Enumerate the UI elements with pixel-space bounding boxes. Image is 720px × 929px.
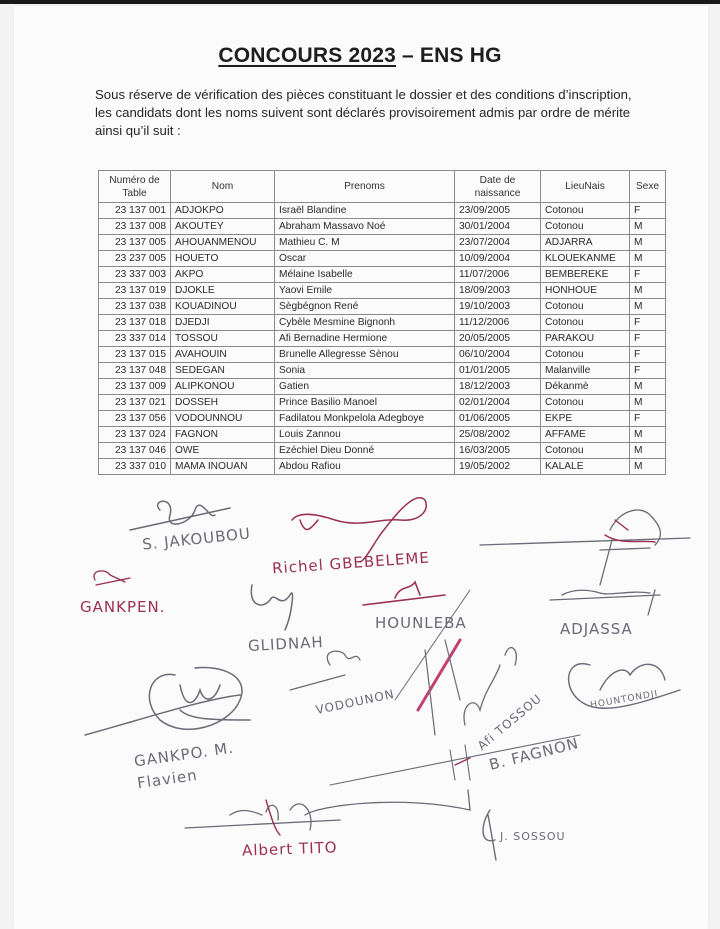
cell-lieu: Cotonou bbox=[541, 203, 630, 219]
cell-nom: DOSSEH bbox=[171, 395, 275, 411]
signature-strokes bbox=[0, 490, 720, 890]
cell-nom: AHOUANMENOU bbox=[171, 235, 275, 251]
table-row: 23 137 038KOUADINOUSègbégnon René19/10/2… bbox=[99, 299, 666, 315]
cell-lieu: Cotonou bbox=[541, 219, 630, 235]
cell-numero: 23 137 048 bbox=[99, 363, 171, 379]
table-row: 23 137 005AHOUANMENOUMathieu C. M23/07/2… bbox=[99, 235, 666, 251]
cell-sexe: F bbox=[630, 331, 666, 347]
signature-label: ADJASSA bbox=[560, 620, 633, 638]
cell-sexe: M bbox=[630, 379, 666, 395]
cell-numero: 23 137 019 bbox=[99, 283, 171, 299]
table-row: 23 137 046OWEEzéchiel Dieu Donné16/03/20… bbox=[99, 443, 666, 459]
cell-lieu: Cotonou bbox=[541, 443, 630, 459]
cell-sexe: F bbox=[630, 267, 666, 283]
cell-numero: 23 137 021 bbox=[99, 395, 171, 411]
cell-lieu: PARAKOU bbox=[541, 331, 630, 347]
cell-date: 11/12/2006 bbox=[455, 315, 541, 331]
cell-numero: 23 237 005 bbox=[99, 251, 171, 267]
cell-sexe: F bbox=[630, 347, 666, 363]
table-row: 23 137 019DJOKLEYaovi Emile18/09/2003HON… bbox=[99, 283, 666, 299]
cell-sexe: M bbox=[630, 443, 666, 459]
cell-date: 23/09/2005 bbox=[455, 203, 541, 219]
table-row: 23 137 018DJEDJICybèle Mesmine Bignonh11… bbox=[99, 315, 666, 331]
cell-date: 06/10/2004 bbox=[455, 347, 541, 363]
cell-nom: MAMA INOUAN bbox=[171, 459, 275, 475]
cell-prenoms: Louis Zannou bbox=[275, 427, 455, 443]
cell-date: 01/06/2005 bbox=[455, 411, 541, 427]
cell-date: 20/05/2005 bbox=[455, 331, 541, 347]
signature-label: HOUNLEBA bbox=[375, 614, 467, 632]
cell-prenoms: Brunelle Allegresse Sènou bbox=[275, 347, 455, 363]
cell-numero: 23 137 001 bbox=[99, 203, 171, 219]
cell-numero: 23 137 005 bbox=[99, 235, 171, 251]
cell-nom: ADJOKPO bbox=[171, 203, 275, 219]
cell-prenoms: Oscar bbox=[275, 251, 455, 267]
table-row: 23 137 001ADJOKPOIsraël Blandine23/09/20… bbox=[99, 203, 666, 219]
cell-prenoms: Mélaine Isabelle bbox=[275, 267, 455, 283]
table-row: 23 137 021DOSSEHPrince Basilio Manoel02/… bbox=[99, 395, 666, 411]
cell-prenoms: Cybèle Mesmine Bignonh bbox=[275, 315, 455, 331]
cell-numero: 23 137 018 bbox=[99, 315, 171, 331]
cell-nom: SEDEGAN bbox=[171, 363, 275, 379]
cell-sexe: M bbox=[630, 219, 666, 235]
cell-lieu: ADJARRA bbox=[541, 235, 630, 251]
table-row: 23 137 009ALIPKONOUGatien18/12/2003Dékan… bbox=[99, 379, 666, 395]
cell-sexe: M bbox=[630, 427, 666, 443]
table-row: 23 337 014TOSSOUAfi Bernadine Hermione20… bbox=[99, 331, 666, 347]
header-numero: Numéro de Table bbox=[99, 171, 171, 203]
cell-date: 18/12/2003 bbox=[455, 379, 541, 395]
cell-lieu: HONHOUE bbox=[541, 283, 630, 299]
cell-date: 23/07/2004 bbox=[455, 235, 541, 251]
cell-numero: 23 137 038 bbox=[99, 299, 171, 315]
cell-date: 02/01/2004 bbox=[455, 395, 541, 411]
cell-nom: ALIPKONOU bbox=[171, 379, 275, 395]
cell-date: 19/10/2003 bbox=[455, 299, 541, 315]
cell-nom: KOUADINOU bbox=[171, 299, 275, 315]
cell-lieu: Cotonou bbox=[541, 347, 630, 363]
title-underlined: CONCOURS 2023 bbox=[218, 44, 396, 67]
cell-lieu: BEMBEREKE bbox=[541, 267, 630, 283]
cell-nom: HOUETO bbox=[171, 251, 275, 267]
cell-prenoms: Prince Basilio Manoel bbox=[275, 395, 455, 411]
table-row: 23 237 005HOUETOOscar10/09/2004KLOUEKANM… bbox=[99, 251, 666, 267]
cell-sexe: M bbox=[630, 251, 666, 267]
cell-prenoms: Israël Blandine bbox=[275, 203, 455, 219]
cell-numero: 23 137 008 bbox=[99, 219, 171, 235]
cell-sexe: M bbox=[630, 459, 666, 475]
cell-numero: 23 337 010 bbox=[99, 459, 171, 475]
signature-label: GANKPEN. bbox=[80, 598, 165, 616]
header-nom: Nom bbox=[171, 171, 275, 203]
cell-sexe: F bbox=[630, 411, 666, 427]
cell-numero: 23 337 014 bbox=[99, 331, 171, 347]
cell-nom: OWE bbox=[171, 443, 275, 459]
cell-prenoms: Mathieu C. M bbox=[275, 235, 455, 251]
cell-numero: 23 337 003 bbox=[99, 267, 171, 283]
document-title: CONCOURS 2023 – ENS HG bbox=[0, 44, 720, 68]
cell-lieu: Cotonou bbox=[541, 315, 630, 331]
cell-lieu: KLOUEKANME bbox=[541, 251, 630, 267]
cell-sexe: M bbox=[630, 235, 666, 251]
cell-numero: 23 137 024 bbox=[99, 427, 171, 443]
cell-nom: AVAHOUIN bbox=[171, 347, 275, 363]
signature-label: Albert TITO bbox=[242, 838, 338, 859]
intro-paragraph: Sous réserve de vérification des pièces … bbox=[95, 86, 635, 140]
table-row: 23 137 015AVAHOUINBrunelle Allegresse Sè… bbox=[99, 347, 666, 363]
cell-lieu: Dékanmè bbox=[541, 379, 630, 395]
signature-label: J. SOSSOU bbox=[500, 830, 566, 843]
cell-nom: VODOUNNOU bbox=[171, 411, 275, 427]
table-header-row: Numéro de Table Nom Prenoms Date de nais… bbox=[99, 171, 666, 203]
cell-sexe: F bbox=[630, 315, 666, 331]
cell-prenoms: Sègbégnon René bbox=[275, 299, 455, 315]
cell-nom: FAGNON bbox=[171, 427, 275, 443]
cell-prenoms: Ezéchiel Dieu Donné bbox=[275, 443, 455, 459]
cell-lieu: KALALE bbox=[541, 459, 630, 475]
cell-sexe: F bbox=[630, 203, 666, 219]
cell-date: 25/08/2002 bbox=[455, 427, 541, 443]
cell-prenoms: Fadilatou Monkpelola Adegboye bbox=[275, 411, 455, 427]
cell-date: 18/09/2003 bbox=[455, 283, 541, 299]
cell-date: 16/03/2005 bbox=[455, 443, 541, 459]
cell-nom: AKOUTEY bbox=[171, 219, 275, 235]
cell-sexe: F bbox=[630, 363, 666, 379]
cell-prenoms: Sonia bbox=[275, 363, 455, 379]
cell-date: 11/07/2006 bbox=[455, 267, 541, 283]
cell-prenoms: Afi Bernadine Hermione bbox=[275, 331, 455, 347]
cell-prenoms: Abdou Rafiou bbox=[275, 459, 455, 475]
title-rest: – ENS HG bbox=[396, 44, 502, 67]
cell-date: 30/01/2004 bbox=[455, 219, 541, 235]
header-lieu: LieuNais bbox=[541, 171, 630, 203]
cell-numero: 23 137 015 bbox=[99, 347, 171, 363]
header-sexe: Sexe bbox=[630, 171, 666, 203]
cell-prenoms: Gatien bbox=[275, 379, 455, 395]
cell-date: 10/09/2004 bbox=[455, 251, 541, 267]
header-prenoms: Prenoms bbox=[275, 171, 455, 203]
cell-sexe: M bbox=[630, 299, 666, 315]
cell-lieu: Cotonou bbox=[541, 395, 630, 411]
cell-date: 01/01/2005 bbox=[455, 363, 541, 379]
cell-prenoms: Abraham Massavo Noé bbox=[275, 219, 455, 235]
table-row: 23 337 003AKPOMélaine Isabelle11/07/2006… bbox=[99, 267, 666, 283]
table-row: 23 137 008AKOUTEYAbraham Massavo Noé30/0… bbox=[99, 219, 666, 235]
cell-lieu: Cotonou bbox=[541, 299, 630, 315]
top-edge bbox=[0, 0, 720, 4]
cell-numero: 23 137 046 bbox=[99, 443, 171, 459]
cell-date: 19/05/2002 bbox=[455, 459, 541, 475]
cell-sexe: M bbox=[630, 395, 666, 411]
cell-lieu: EKPE bbox=[541, 411, 630, 427]
cell-nom: DJOKLE bbox=[171, 283, 275, 299]
signatures-section: S. JAKOUBOU Richel GBEBELEME GANKPEN. GL… bbox=[0, 490, 720, 890]
cell-lieu: Malanville bbox=[541, 363, 630, 379]
table-row: 23 337 010MAMA INOUANAbdou Rafiou19/05/2… bbox=[99, 459, 666, 475]
admitted-candidates-table: Numéro de Table Nom Prenoms Date de nais… bbox=[98, 170, 666, 475]
cell-numero: 23 137 056 bbox=[99, 411, 171, 427]
cell-sexe: M bbox=[630, 283, 666, 299]
cell-numero: 23 137 009 bbox=[99, 379, 171, 395]
cell-nom: AKPO bbox=[171, 267, 275, 283]
table-row: 23 137 048SEDEGANSonia01/01/2005Malanvil… bbox=[99, 363, 666, 379]
table-row: 23 137 024FAGNONLouis Zannou25/08/2002AF… bbox=[99, 427, 666, 443]
cell-nom: DJEDJI bbox=[171, 315, 275, 331]
cell-prenoms: Yaovi Emile bbox=[275, 283, 455, 299]
cell-lieu: AFFAME bbox=[541, 427, 630, 443]
cell-nom: TOSSOU bbox=[171, 331, 275, 347]
header-date: Date de naissance bbox=[455, 171, 541, 203]
table-row: 23 137 056VODOUNNOUFadilatou Monkpelola … bbox=[99, 411, 666, 427]
